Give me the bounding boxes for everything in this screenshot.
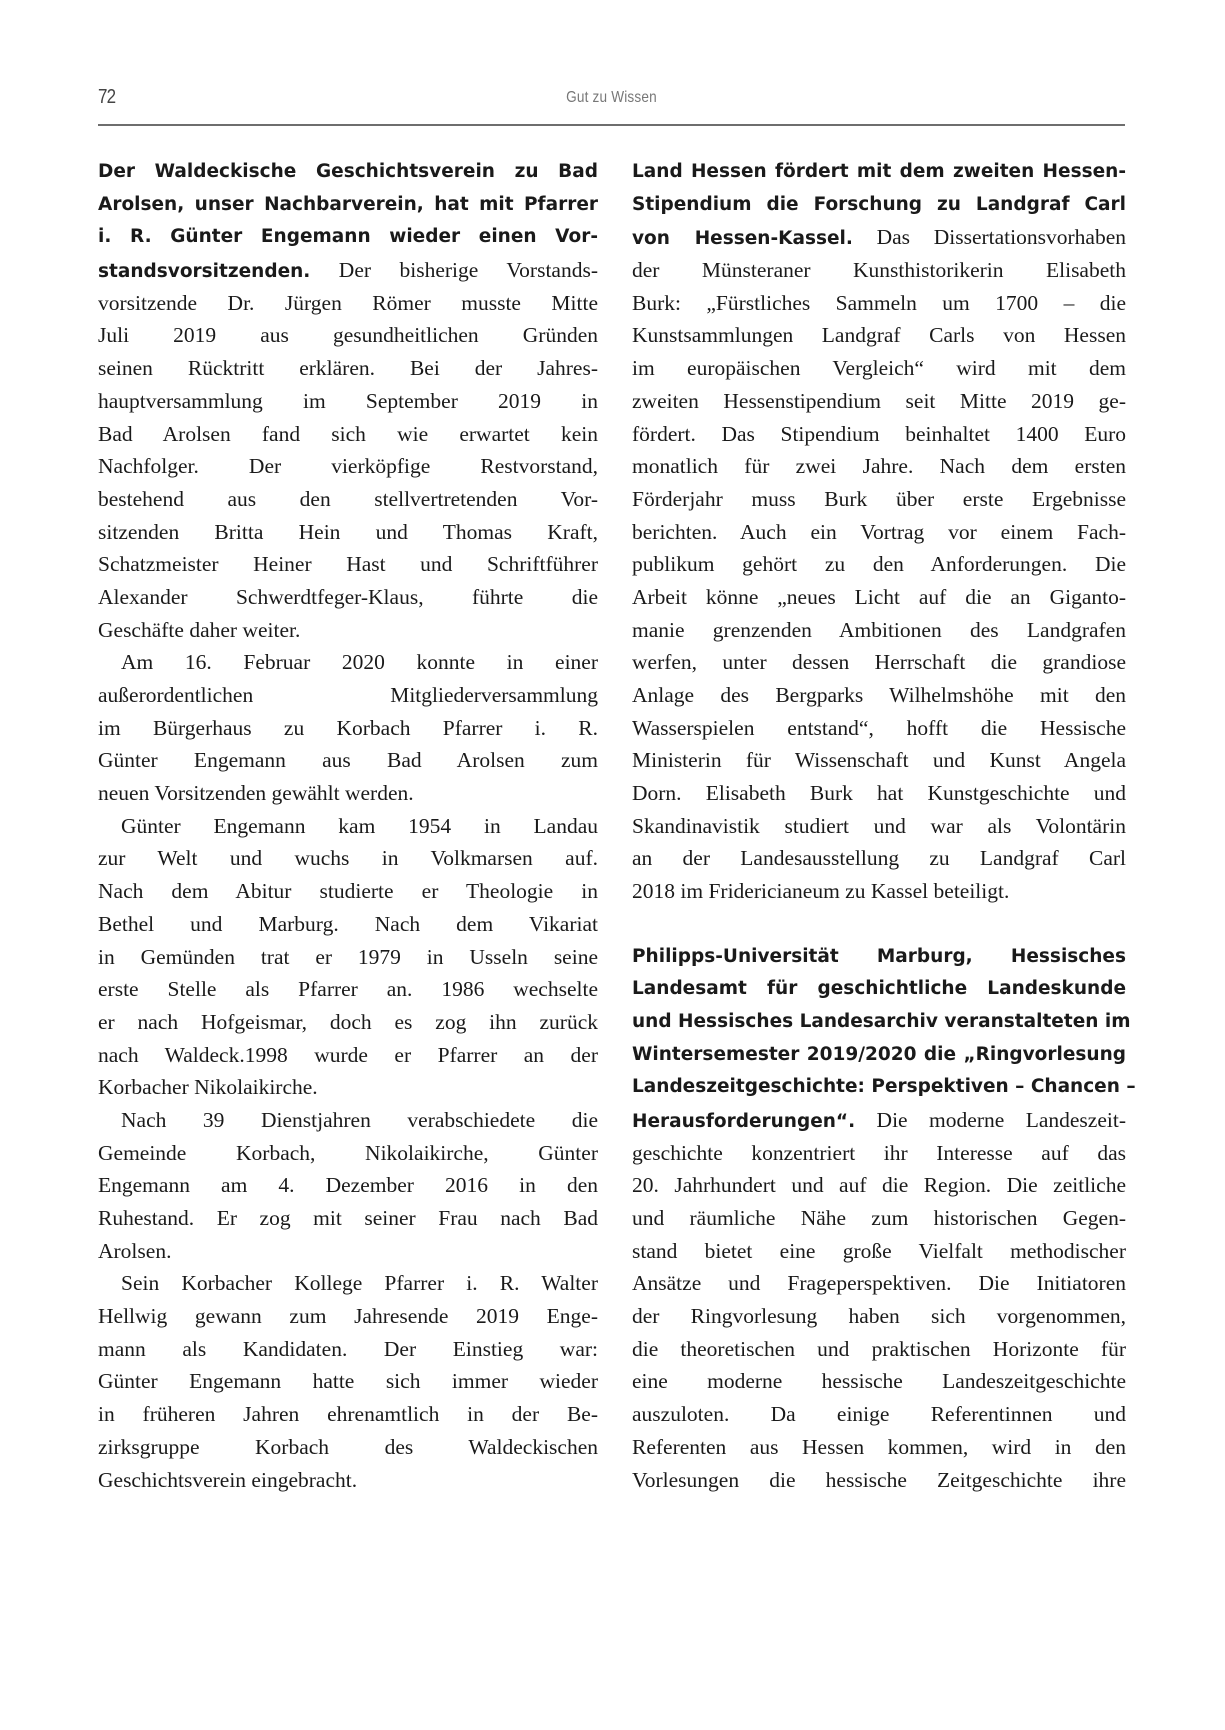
- lead-tail: von Hessen-Kassel.: [632, 228, 853, 249]
- body-line: auszuloten. Da einige Referentinnen und: [632, 1398, 1126, 1431]
- body-line: Förderjahr muss Burk über erste Ergebnis…: [632, 483, 1126, 516]
- body-line: Korbacher Nikolaikirche.: [98, 1071, 598, 1104]
- body-line: zweiten Hessenstipendium seit Mitte 2019…: [632, 385, 1126, 418]
- lead-line: Wintersemester 2019/2020 die „Ringvorles…: [632, 1039, 1126, 1072]
- body-text: Die moderne Landeszeit-: [855, 1108, 1126, 1132]
- article-ringvorlesung: Philipps-Universität Marburg, Hessisches…: [632, 941, 1126, 1497]
- body-line: Referenten aus Hessen kommen, wird in de…: [632, 1431, 1126, 1464]
- body-line: Geschäfte daher weiter.: [98, 614, 598, 647]
- lead-tail-line: standsvorsitzenden. Der bisherige Vorsta…: [98, 254, 598, 287]
- body-line: Engemann am 4. Dezember 2016 in den: [98, 1169, 598, 1202]
- body-line: Günter Engemann kam 1954 in Landau: [98, 810, 598, 843]
- body-line: er nach Hofgeismar, doch es zog ihn zurü…: [98, 1006, 598, 1039]
- body-line: Gemeinde Korbach, Nikolaikirche, Günter: [98, 1137, 598, 1170]
- body-line: in früheren Jahren ehrenamtlich in der B…: [98, 1398, 598, 1431]
- body-line: Vorlesungen die hessische Zeitgeschichte…: [632, 1464, 1126, 1497]
- body-line: berichten. Auch ein Vortrag vor einem Fa…: [632, 516, 1126, 549]
- body-line: Arbeit könne „neues Licht auf die an Gig…: [632, 581, 1126, 614]
- body-line: außerordentlichen Mitgliederversammlung: [98, 679, 598, 712]
- lead-line: Arolsen, unser Nachbarverein, hat mit Pf…: [98, 189, 598, 222]
- right-column: Land Hessen fördert mit dem zweiten Hess…: [632, 156, 1126, 1496]
- body-line: zirksgruppe Korbach des Waldeckischen: [98, 1431, 598, 1464]
- body-line: mann als Kandidaten. Der Einstieg war:: [98, 1333, 598, 1366]
- body-line: Ministerin für Wissenschaft und Kunst An…: [632, 744, 1126, 777]
- body-line: Kunstsammlungen Landgraf Carls von Hesse…: [632, 319, 1126, 352]
- body-line: fördert. Das Stipendium beinhaltet 1400 …: [632, 418, 1126, 451]
- body-line: Ruhestand. Er zog mit seiner Frau nach B…: [98, 1202, 598, 1235]
- body-line: bestehend aus den stellvertretenden Vor-: [98, 483, 598, 516]
- running-title: Gut zu Wissen: [175, 89, 1048, 107]
- body-line: im Bürgerhaus zu Korbach Pfarrer i. R.: [98, 712, 598, 745]
- body-line: Dorn. Elisabeth Burk hat Kunstgeschichte…: [632, 777, 1126, 810]
- lead-line: Stipendium die Forschung zu Landgraf Car…: [632, 189, 1126, 222]
- body-line: Schatzmeister Heiner Hast und Schriftfüh…: [98, 548, 598, 581]
- lead-line: i. R. Günter Engemann wieder einen Vor-: [98, 221, 598, 254]
- body-line: Ansätze und Frageperspektiven. Die Initi…: [632, 1267, 1126, 1300]
- body-line: Arolsen.: [98, 1235, 598, 1268]
- lead-tail: standsvorsitzenden.: [98, 261, 310, 282]
- body-line: Bad Arolsen fand sich wie erwartet kein: [98, 418, 598, 451]
- body-line: im europäischen Vergleich“ wird mit dem: [632, 352, 1126, 385]
- page-number: 72: [98, 86, 115, 109]
- body-line: die theoretischen und praktischen Horizo…: [632, 1333, 1126, 1366]
- body-line: Hellwig gewann zum Jahresende 2019 Enge-: [98, 1300, 598, 1333]
- body-line: der Ringvorlesung haben sich vorgenommen…: [632, 1300, 1126, 1333]
- body-line: stand bietet eine große Vielfalt methodi…: [632, 1235, 1126, 1268]
- body-line: vorsitzende Dr. Jürgen Römer musste Mitt…: [98, 287, 598, 320]
- body-line: monatlich für zwei Jahre. Nach dem erste…: [632, 450, 1126, 483]
- left-column: Der Waldeckische Geschichtsverein zu Bad…: [98, 156, 598, 1496]
- body-line: an der Landesausstellung zu Landgraf Car…: [632, 842, 1126, 875]
- body-line: neuen Vorsitzenden gewählt werden.: [98, 777, 598, 810]
- body-text: Das Dissertationsvorhaben: [853, 225, 1126, 249]
- body-line: Sein Korbacher Kollege Pfarrer i. R. Wal…: [98, 1267, 598, 1300]
- body-line: hauptversammlung im September 2019 in: [98, 385, 598, 418]
- body-line: eine moderne hessische Landeszeitgeschic…: [632, 1365, 1126, 1398]
- body-line: publikum gehört zu den Anforderungen. Di…: [632, 548, 1126, 581]
- article-waldeckischer-geschichtsverein: Der Waldeckische Geschichtsverein zu Bad…: [98, 156, 598, 1496]
- lead-line: Der Waldeckische Geschichtsverein zu Bad: [98, 156, 598, 189]
- article-hessen-stipendium: Land Hessen fördert mit dem zweiten Hess…: [632, 156, 1126, 908]
- body-line: Nach dem Abitur studierte er Theologie i…: [98, 875, 598, 908]
- body-line: Am 16. Februar 2020 konnte in einer: [98, 646, 598, 679]
- lead-tail-line: Herausforderungen“. Die moderne Landesze…: [632, 1104, 1126, 1137]
- body-line: geschichte konzentriert ihr Interesse au…: [632, 1137, 1126, 1170]
- body-line: Skandinavistik studiert und war als Volo…: [632, 810, 1126, 843]
- body-line: zur Welt und wuchs in Volkmarsen auf.: [98, 842, 598, 875]
- body-line: nach Waldeck.1998 wurde er Pfarrer an de…: [98, 1039, 598, 1072]
- body-line: manie grenzenden Ambitionen des Landgraf…: [632, 614, 1126, 647]
- body-line: Anlage des Bergparks Wilhelmshöhe mit de…: [632, 679, 1126, 712]
- body-line: Nach 39 Dienstjahren verabschiedete die: [98, 1104, 598, 1137]
- body-line: sitzenden Britta Hein und Thomas Kraft,: [98, 516, 598, 549]
- body-line: 2018 im Fridericianeum zu Kassel beteili…: [632, 875, 1126, 908]
- body-line: Nachfolger. Der vierköpfige Restvorstand…: [98, 450, 598, 483]
- body-line: in Gemünden trat er 1979 in Usseln seine: [98, 941, 598, 974]
- lead-line: Philipps-Universität Marburg, Hessisches: [632, 941, 1126, 974]
- body-line: Juli 2019 aus gesundheitlichen Gründen: [98, 319, 598, 352]
- lead-line: Land Hessen fördert mit dem zweiten Hess…: [632, 156, 1126, 189]
- body-line: seinen Rücktritt erklären. Bei der Jahre…: [98, 352, 598, 385]
- page-header: 72 Gut zu Wissen: [98, 86, 1125, 126]
- body-line: Burk: „Fürstliches Sammeln um 1700 – die: [632, 287, 1126, 320]
- body-line: und räumliche Nähe zum historischen Gege…: [632, 1202, 1126, 1235]
- body-line: Bethel und Marburg. Nach dem Vikariat: [98, 908, 598, 941]
- body-line: werfen, unter dessen Herrschaft die gran…: [632, 646, 1126, 679]
- lead-tail-line: von Hessen-Kassel. Das Dissertationsvorh…: [632, 221, 1126, 254]
- body-line: Günter Engemann aus Bad Arolsen zum: [98, 744, 598, 777]
- lead-line: und Hessisches Landesarchiv veranstaltet…: [632, 1006, 1126, 1039]
- lead-line: Landeszeitgeschichte: Perspektiven – Cha…: [632, 1071, 1126, 1104]
- body-line: Wasserspielen entstand“, hofft die Hessi…: [632, 712, 1126, 745]
- body-line: Alexander Schwerdtfeger-Klaus, führte di…: [98, 581, 598, 614]
- lead-line: Landesamt für geschichtliche Landeskunde: [632, 973, 1126, 1006]
- body-line: erste Stelle als Pfarrer an. 1986 wechse…: [98, 973, 598, 1006]
- article-spacer: [632, 908, 1126, 941]
- body-line: Günter Engemann hatte sich immer wieder: [98, 1365, 598, 1398]
- body-line: der Münsteraner Kunsthistorikerin Elisab…: [632, 254, 1126, 287]
- body-text: Der bisherige Vorstands-: [310, 258, 598, 282]
- header-rule: [98, 124, 1125, 126]
- body-line: Geschichtsverein eingebracht.: [98, 1464, 598, 1497]
- body-line: 20. Jahrhundert und auf die Region. Die …: [632, 1169, 1126, 1202]
- lead-tail: Herausforderungen“.: [632, 1111, 855, 1132]
